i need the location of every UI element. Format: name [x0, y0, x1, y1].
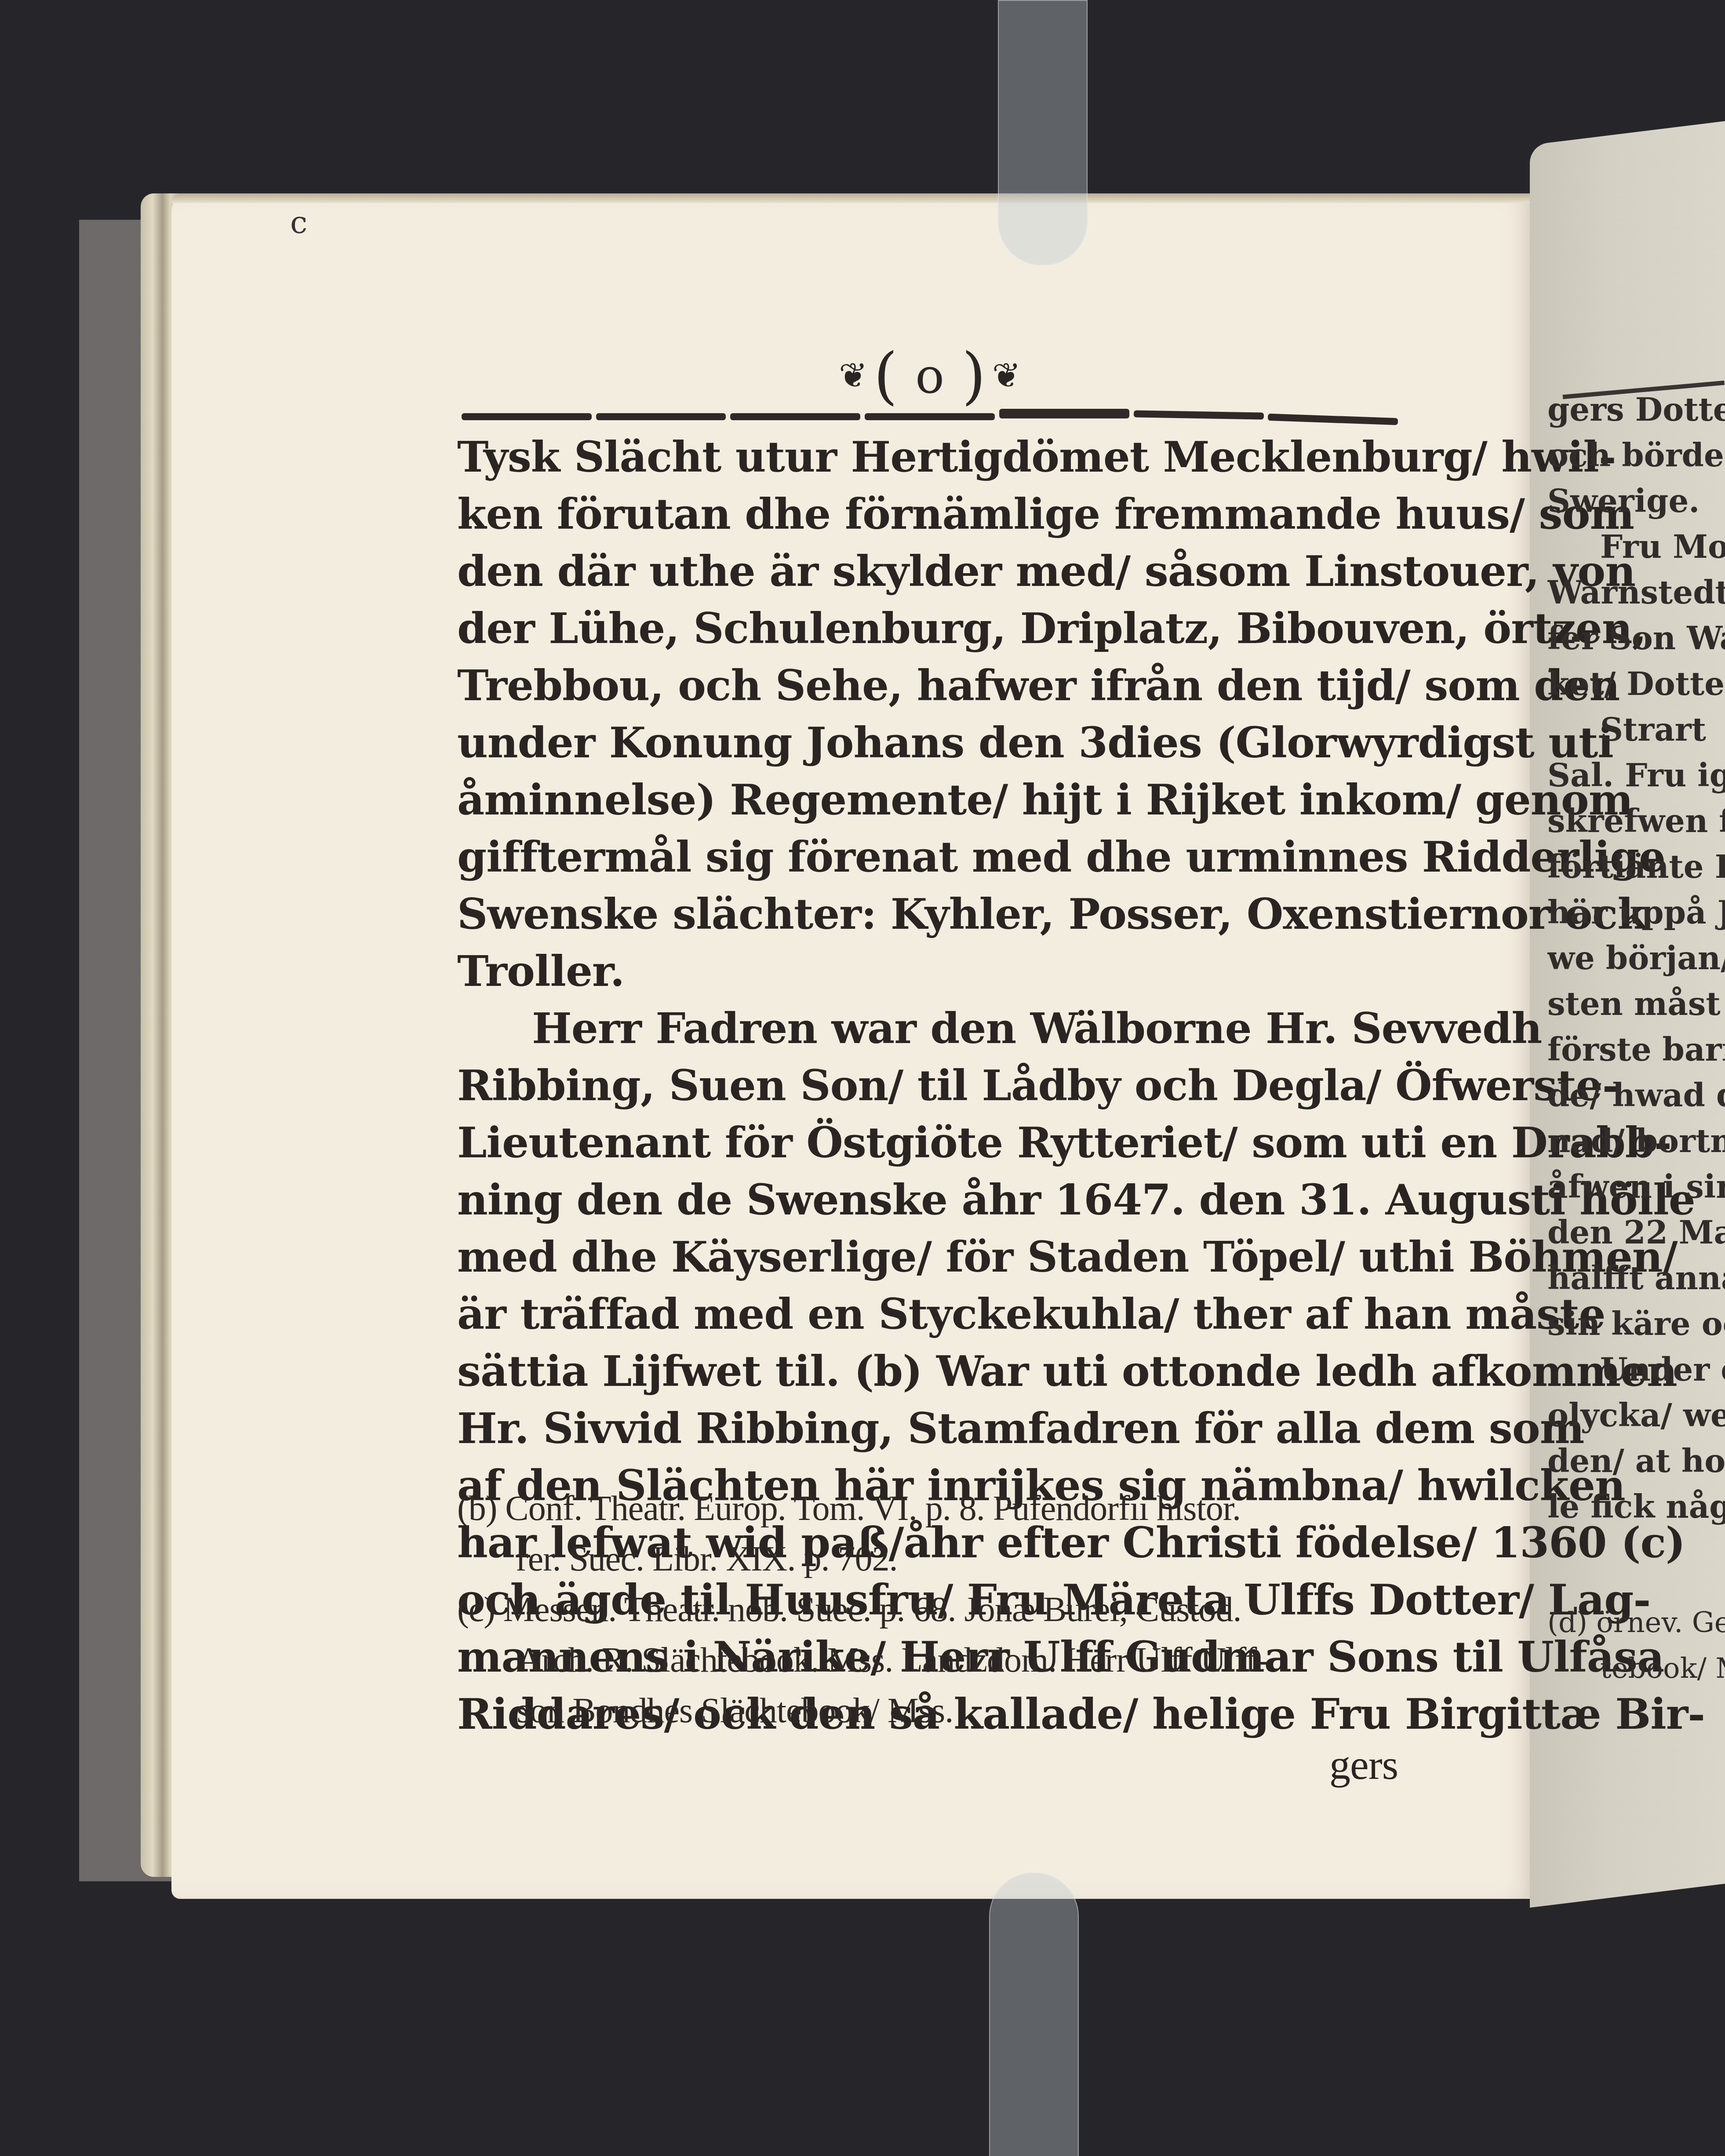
text-line: Fru Mo: [1547, 524, 1725, 570]
text-line: de/ hwad det: [1547, 1073, 1725, 1118]
text-line: och börden w: [1547, 433, 1725, 478]
text-line: Sal. Fru ig: [1547, 753, 1725, 798]
text-line: gifftermål sig förenat med dhe urminnes …: [457, 829, 1398, 886]
text-line: med dhe Käyserlige/ för Staden Töpel/ ut…: [457, 1229, 1398, 1286]
paragraph-start: Herr Fadren war den Wälborne Hr. Sevvedh: [457, 1000, 1398, 1057]
footnote-text: rer. Suec. Libr. XIX. p. 702.: [457, 1534, 1398, 1585]
text-line: Troller.: [457, 943, 1398, 1000]
footnote-text: Messen. Theatr. nob. Suec. p. 68. Jonæ B…: [503, 1590, 1241, 1629]
text-line: we början/ så: [1547, 935, 1725, 981]
footnote-c: (c) Messen. Theatr. nob. Suec. p. 68. Jo…: [457, 1585, 1398, 1635]
footnote-marker: (c): [457, 1590, 495, 1629]
text-line: halfft annat å: [1547, 1255, 1725, 1301]
text-line: Warnstedt ti: [1547, 570, 1725, 615]
text-line: den/ at hon uti: [1547, 1438, 1725, 1484]
text-line: ning den de Swenske åhr 1647. den 31. Au…: [457, 1171, 1398, 1229]
text-line: Strart: [1547, 707, 1725, 753]
text-line: förtiänte Fr: [1547, 844, 1725, 890]
ornament-right-icon: ❦: [992, 356, 1021, 396]
text-line: ken förutan dhe förnämlige fremmande huu…: [457, 486, 1398, 543]
text-line: Swerige.: [1547, 478, 1725, 524]
page-clip-top: [998, 0, 1088, 265]
text-line: Under en: [1547, 1347, 1725, 1392]
footnote-b: (b) Conf. Theatr. Europ. Tom. VI. p. 8. …: [457, 1483, 1398, 1534]
footnote-text: Conf. Theatr. Europ. Tom. VI. p. 8. Pufe…: [505, 1489, 1241, 1528]
text-line: Swenske slächter: Kyhler, Posser, Oxenst…: [457, 886, 1398, 943]
right-footnote: (d) örnev. Gene: [1547, 1600, 1725, 1646]
footnotes: (b) Conf. Theatr. Europ. Tom. VI. p. 8. …: [457, 1483, 1398, 1736]
text-line: den 22 Martii: [1547, 1210, 1725, 1255]
ornament-left-icon: ❦: [839, 356, 867, 396]
right-footnote-cont: tebook/ Mss.: [1547, 1646, 1725, 1691]
text-line: sten måst förf: [1547, 981, 1725, 1027]
text-line: nad/ bortmiß: [1547, 1118, 1725, 1164]
text-line: Trebbou, och Sehe, hafwer ifrån den tijd…: [457, 657, 1398, 714]
corner-mark: c: [290, 204, 307, 240]
text-line: le fick någon tijd: [1547, 1484, 1725, 1530]
open-paren: (: [873, 340, 898, 412]
text-line: den där uthe är skylder med/ såsom Linst…: [457, 543, 1398, 600]
text-line: åfwen i sin liu: [1547, 1164, 1725, 1210]
text-line: ket/ Dotter.: [1547, 661, 1725, 707]
text-line: sin käre och go: [1547, 1301, 1725, 1347]
page-number: o: [915, 348, 944, 404]
text-line: olycka/ wederf: [1547, 1392, 1725, 1438]
text-line: der Lühe, Schulenburg, Driplatz, Bibouve…: [457, 600, 1398, 657]
text-line: gers Dotters t: [1547, 387, 1725, 433]
text-line: Lieutenant för Östgiöte Rytteriet/ som u…: [457, 1114, 1398, 1171]
text-line: Hr. Sivvid Ribbing, Stamfadren för alla …: [457, 1400, 1398, 1457]
text-line: under Konung Johans den 3dies (Glorwyrdi…: [457, 714, 1398, 771]
text-line: åminnelse) Regemente/ hijt i Rijket inko…: [457, 771, 1398, 829]
running-header: ❦ ( o ) ❦: [462, 341, 1398, 411]
footnote-text: son Bondhes Slächtebook/ Mss.: [457, 1686, 1398, 1736]
text-line: förste barndo: [1547, 1027, 1725, 1073]
text-line: sättia Lijfwet til. (b) War uti ottonde …: [457, 1343, 1398, 1400]
text-line: Ribbing, Suen Son/ til Lådby och Degla/ …: [457, 1057, 1398, 1114]
close-paren: ): [962, 340, 986, 412]
text-line: skrefwen för: [1547, 798, 1725, 844]
footnote-text: Arch. R. Slächtebook. Mss. Landzdom. Her…: [457, 1635, 1398, 1686]
text-line: är träffad med en Styckekuhla/ ther af h…: [457, 1286, 1398, 1343]
text-line: Tysk Slächt utur Hertigdömet Mecklenburg…: [457, 429, 1398, 486]
catchword: gers: [457, 1743, 1398, 1787]
header-rule: [462, 413, 1398, 420]
right-page-text: gers Dotters t och börden w Swerige. Fru…: [1547, 387, 1725, 1705]
text-line: fer Son War: [1547, 615, 1725, 661]
footnote-marker: (b): [457, 1489, 497, 1528]
page-clip-bottom: [989, 1872, 1079, 2156]
text-line: här uppå Jo: [1547, 890, 1725, 935]
